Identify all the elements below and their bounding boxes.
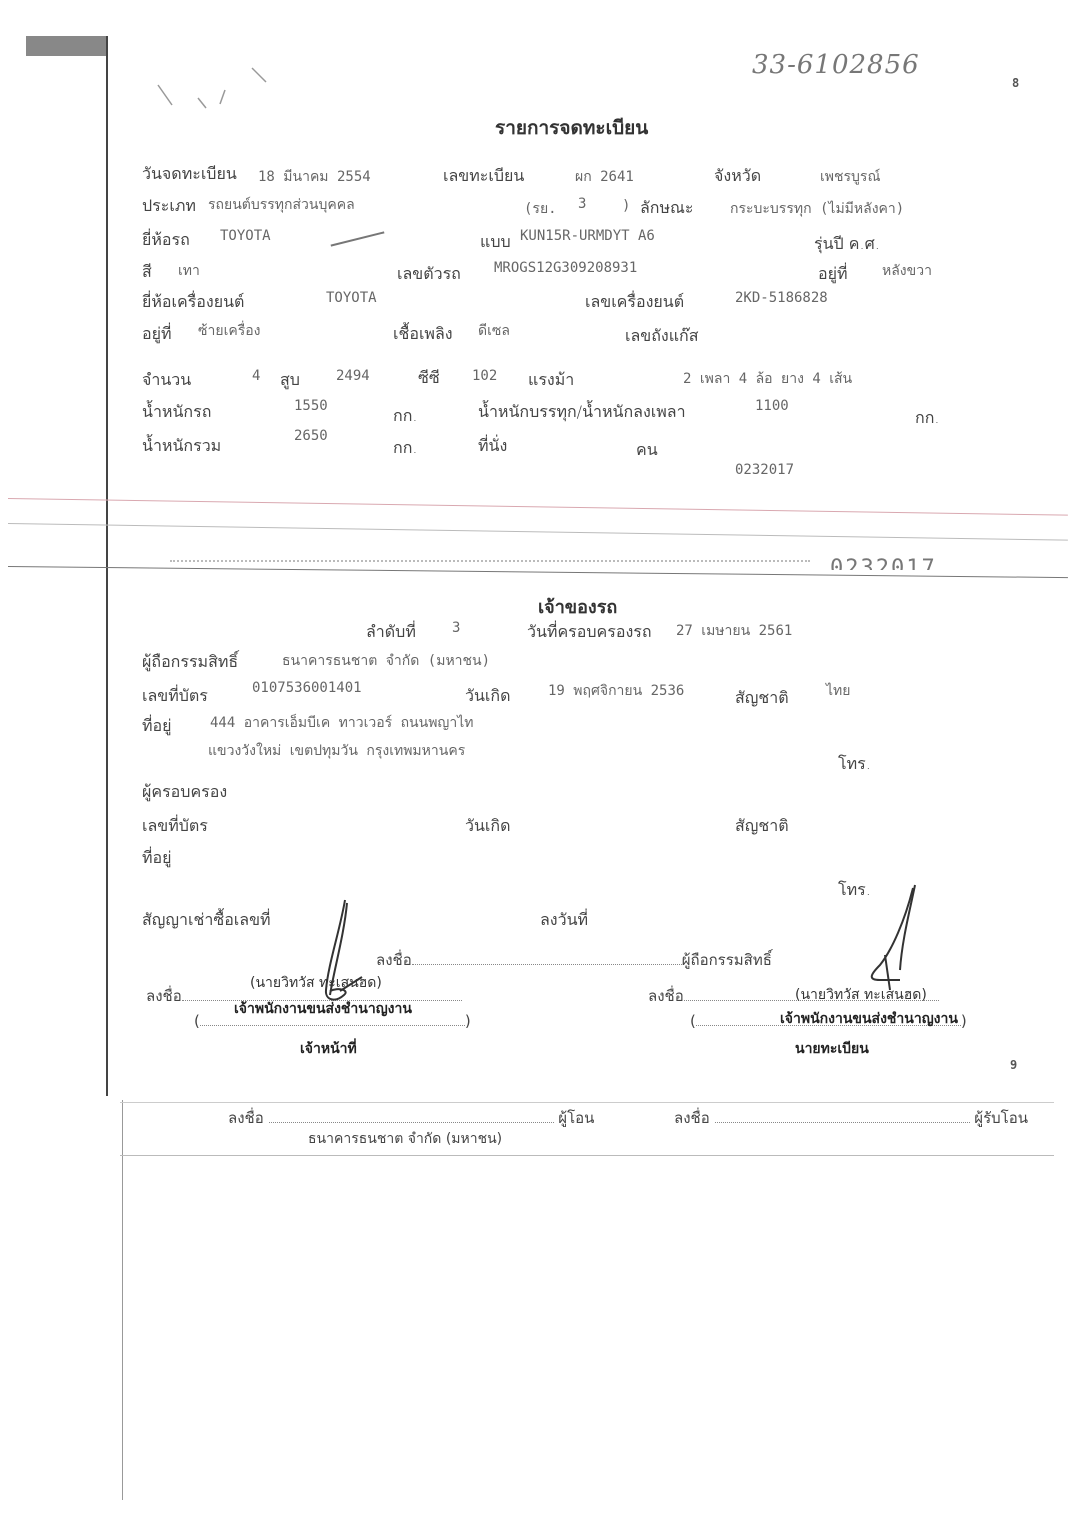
hp-unit: แรงม้า — [528, 368, 574, 393]
type-value: รถยนต์บรรทุกส่วนบุคคล — [208, 194, 355, 216]
engine-loc-label: อยู่ที่ — [142, 322, 172, 347]
possessor-title: ผู้ครอบครอง — [142, 780, 227, 805]
color-label: สี — [142, 260, 152, 285]
type-code-open: (รย. — [524, 198, 557, 220]
hp-value: 102 — [472, 368, 497, 384]
style-label: ลักษณะ — [640, 196, 693, 221]
binding-strip — [26, 36, 108, 56]
page-edge-line — [106, 36, 108, 1096]
year-label: รุ่นปี ค.ศ. — [814, 232, 880, 257]
gas-tank-label: เลขถังแก๊ส — [625, 324, 698, 349]
transferor-sign-line: ลงชื่อ ผู้โอน — [228, 1106, 594, 1130]
order-value: 3 — [452, 620, 460, 636]
handwritten-file-number: 33-6102856 — [752, 50, 920, 80]
possess-date-value: 27 เมษายน 2561 — [676, 620, 792, 642]
model-label: แบบ — [480, 230, 511, 255]
owner-phone-label: โทร. — [838, 752, 871, 777]
serial-number-faded: 0232017 — [830, 556, 937, 570]
chassis-loc-value: หลังขวา — [882, 260, 932, 282]
fold-line-pink — [8, 498, 1068, 516]
serial-number: 0232017 — [735, 462, 794, 478]
total-value: 2650 — [294, 428, 328, 444]
reg-date-value: 18 มีนาคม 2554 — [258, 166, 371, 188]
color-value: เทา — [178, 260, 200, 282]
load-unit: กก. — [915, 406, 939, 431]
weight-label: น้ำหนักรถ — [142, 400, 211, 425]
faded-dotted-row — [170, 560, 810, 562]
registrar-role: นายทะเบียน — [795, 1038, 869, 1060]
total-label: น้ำหนักรวม — [142, 434, 221, 459]
page-edge-line-lower — [122, 1100, 123, 1500]
possessor-birth-label: วันเกิด — [465, 814, 510, 839]
possessor-nationality-label: สัญชาติ — [735, 814, 789, 839]
order-label: ลำดับที่ — [366, 620, 416, 645]
owner-title: เจ้าของรถ — [538, 592, 617, 621]
engine-brand-label: ยี่ห้อเครื่องยนต์ — [142, 290, 244, 315]
load-label: น้ำหนักบรรทุก/น้ำหนักลงเพลา — [478, 400, 686, 425]
chassis-value: MROGS12G309208931 — [494, 260, 637, 276]
seats-unit: คน — [636, 438, 658, 463]
handwritten-signature-officer — [300, 895, 380, 1015]
owner-address-line1: 444 อาคารเอ็มบีเค ทาวเวอร์ ถนนพญาไท — [210, 712, 473, 734]
engine-brand-value: TOYOTA — [326, 290, 377, 306]
chassis-loc-label: อยู่ที่ — [818, 262, 848, 287]
possessor-address-label: ที่อยู่ — [142, 846, 172, 871]
possess-date-label: วันที่ครอบครองรถ — [527, 620, 652, 645]
page-title: รายการจดทะเบียน — [495, 113, 648, 143]
transferee-sign-line: ลงชื่อ ผู้รับโอน — [674, 1106, 1028, 1130]
pen-strike — [331, 231, 385, 246]
style-value: กระบะบรรทุก (ไม่มีหลังคา) — [730, 198, 904, 220]
holder-sign-label: ลงชื่อผู้ถือกรรมสิทธิ์ — [376, 948, 772, 972]
weight-unit: กก. — [393, 404, 417, 429]
owner-nationality-value: ไทย — [826, 680, 850, 702]
count-label: จำนวน — [142, 368, 191, 393]
cc-value: 2494 — [336, 368, 370, 384]
seats-label: ที่นั่ง — [478, 434, 507, 459]
province-label: จังหวัด — [714, 164, 761, 189]
cylinders-unit: สูบ — [280, 368, 300, 393]
load-value: 1100 — [755, 398, 789, 414]
owner-birth-value: 19 พฤศจิกายน 2536 — [548, 680, 684, 702]
plate-value: ผก 2641 — [575, 166, 634, 188]
owner-birth-label: วันเกิด — [465, 684, 510, 709]
owner-address-line2: แขวงวังใหม่ เขตปทุมวัน กรุงเทพมหานคร — [208, 740, 465, 762]
holder-label: ผู้ถือกรรมสิทธิ์ — [142, 650, 238, 675]
brand-label: ยี่ห้อรถ — [142, 228, 190, 253]
axles-text: 2 เพลา 4 ล้อ ยาง 4 เส้น — [683, 368, 852, 390]
sign-date-label: ลงวันที่ — [540, 908, 588, 933]
registrar-position: เจ้าพนักงานขนส่งชำนาญงาน — [780, 1008, 958, 1030]
reg-date-label: วันจดทะเบียน — [142, 162, 237, 187]
fuel-value: ดีเซล — [478, 320, 510, 342]
fold-line-grey — [8, 523, 1068, 541]
owner-id-value: 0107536001401 — [252, 680, 362, 696]
holder-value: ธนาคารธนชาต จำกัด (มหาชน) — [282, 650, 490, 672]
plate-label: เลขทะเบียน — [443, 164, 524, 189]
cc-unit: ซีซี — [418, 366, 440, 391]
cylinders-value: 4 — [252, 368, 260, 384]
contract-label: สัญญาเช่าซื้อเลขที่ — [142, 908, 271, 933]
handwritten-signature-registrar — [840, 880, 930, 1000]
scribble-marks — [150, 60, 270, 130]
page-number-top: 8 — [1012, 76, 1019, 90]
engine-no-value: 2KD-5186828 — [735, 290, 828, 306]
fuel-label: เชื้อเพลิง — [393, 322, 453, 347]
chassis-label: เลขตัวรถ — [397, 262, 461, 287]
owner-id-label: เลขที่บัตร — [142, 684, 208, 709]
type-label: ประเภท — [142, 194, 196, 219]
weight-value: 1550 — [294, 398, 328, 414]
province-value: เพชรบูรณ์ — [820, 166, 880, 188]
engine-loc-value: ซ้ายเครื่อง — [198, 320, 260, 342]
page-number-bottom: 9 — [1010, 1058, 1017, 1072]
type-code-close: ) — [622, 198, 630, 214]
transferor-name: ธนาคารธนชาต จำกัด (มหาชน) — [308, 1128, 502, 1150]
owner-nationality-label: สัญชาติ — [735, 686, 789, 711]
possessor-id-label: เลขที่บัตร — [142, 814, 208, 839]
officer-role: เจ้าหน้าที่ — [300, 1038, 357, 1060]
owner-address-label: ที่อยู่ — [142, 714, 172, 739]
engine-no-label: เลขเครื่องยนต์ — [585, 290, 684, 315]
model-value: KUN15R-URMDYT A6 — [520, 228, 655, 244]
type-code-value: 3 — [578, 196, 586, 212]
total-unit: กก. — [393, 436, 417, 461]
brand-value: TOYOTA — [220, 228, 271, 244]
